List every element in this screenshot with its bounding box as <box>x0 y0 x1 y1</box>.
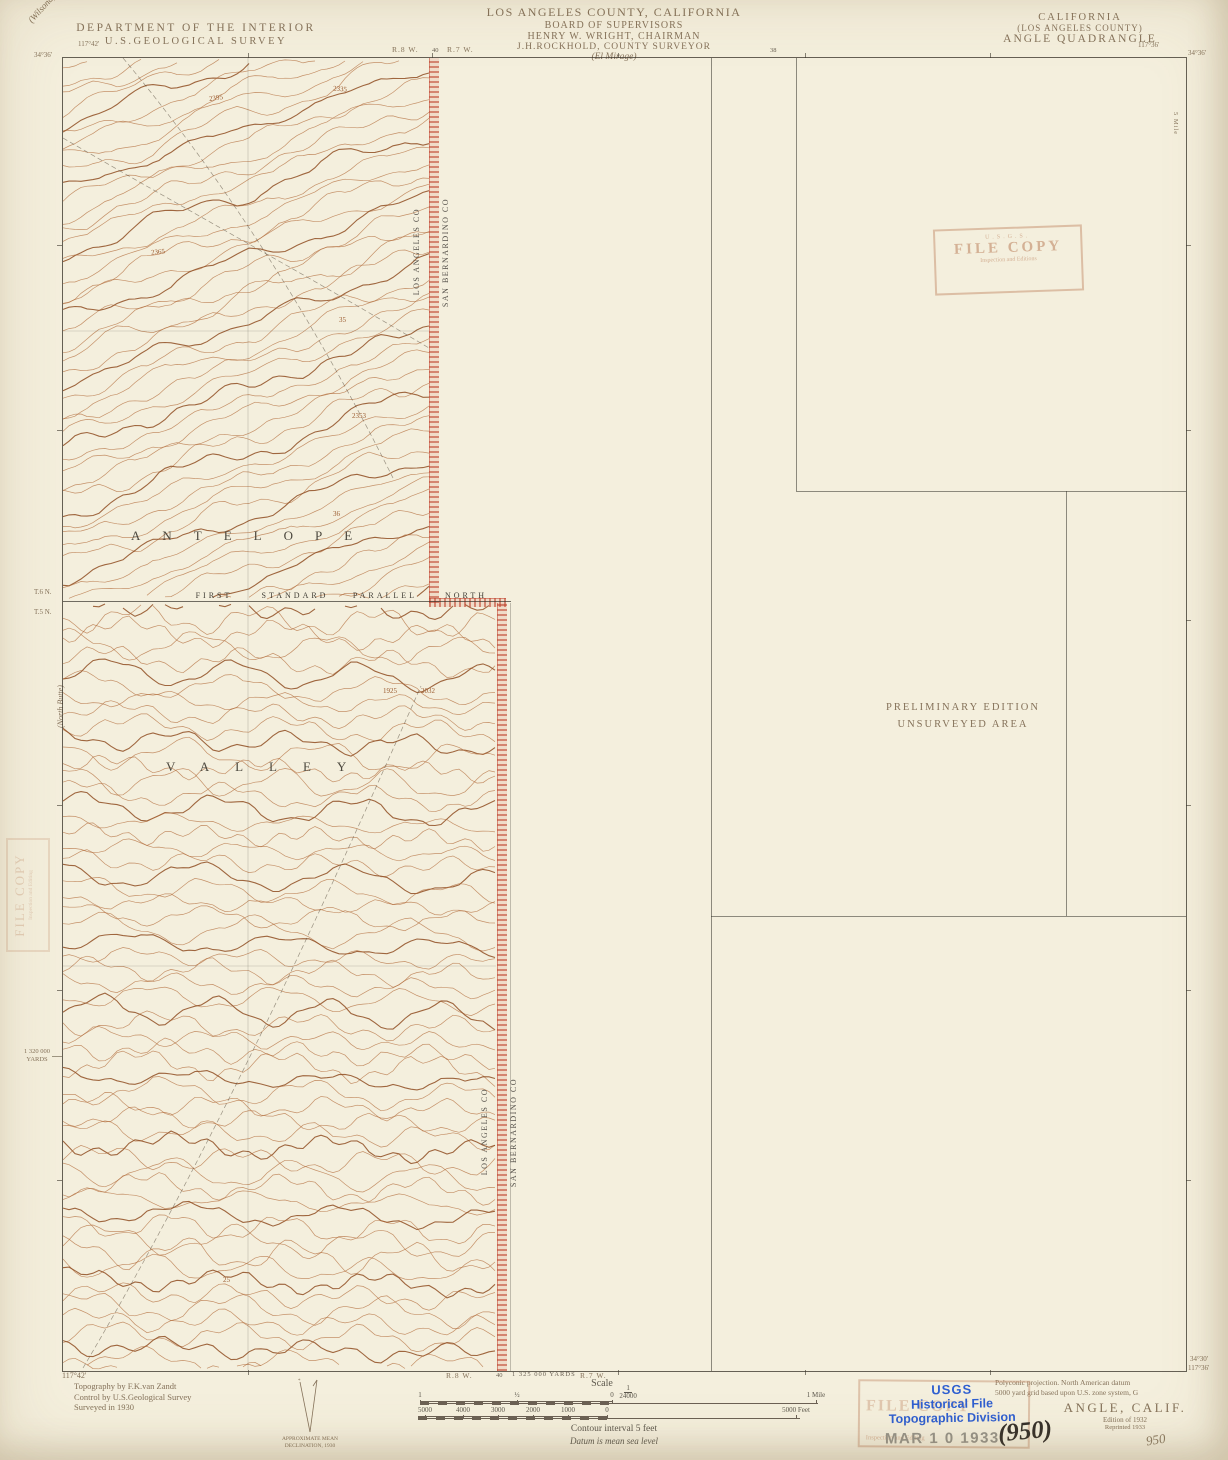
range-bottom-left: R.8 W. <box>446 1371 473 1380</box>
map-label-elev: 2335 <box>333 84 348 93</box>
edge-tick <box>1186 1180 1191 1181</box>
edition-note: Edition of 1932 <box>1040 1416 1210 1424</box>
county-paren: (LOS ANGELES COUNTY) <box>960 23 1200 33</box>
parallel-word: FIRST <box>196 591 233 600</box>
coord-bottom-right-lat: 34°30' <box>1190 1355 1208 1363</box>
parallel-word: STANDARD <box>262 591 329 600</box>
edge-tick <box>57 430 62 431</box>
edge-tick <box>248 53 249 58</box>
scale-tick <box>533 1415 534 1419</box>
scale-tick <box>425 1415 426 1419</box>
parallel-word: PARALLEL <box>353 591 417 600</box>
scale-tick <box>612 1400 613 1404</box>
edge-tick <box>618 1370 619 1375</box>
edge-tick <box>1186 430 1191 431</box>
scale-tick <box>796 1415 797 1419</box>
handwritten-number: (950) <box>997 1416 1053 1449</box>
credit-surveyed: Surveyed in 1930 <box>74 1402 191 1413</box>
department-heading: DEPARTMENT OF THE INTERIOR U.S.GEOLOGICA… <box>66 22 326 47</box>
edge-tick <box>57 245 62 246</box>
edge-tick <box>432 53 433 58</box>
map-label-elev: 2395 <box>209 93 224 103</box>
label-valley: VALLEY <box>166 759 372 775</box>
map-label-elev: 25 <box>223 1276 230 1284</box>
edge-tick <box>57 805 62 806</box>
reprint-note: Reprinted 1933 <box>1040 1424 1210 1431</box>
scale-label: 5000 <box>418 1406 432 1414</box>
scale-tick <box>816 1400 817 1404</box>
edge-tick <box>1186 620 1191 621</box>
contour-interval-note: Contour interval 5 feet <box>484 1424 744 1434</box>
scale-label: 5000 Feet <box>782 1406 810 1414</box>
edge-tick <box>805 1370 806 1375</box>
handwritten-number-corner: 950 <box>1145 1431 1167 1450</box>
county-line-4: J.H.ROCKHOLD, COUNTY SURVEYOR <box>414 42 814 52</box>
edge-tick <box>57 1180 62 1181</box>
credit-topography: Topography by F.K.van Zandt <box>74 1381 191 1392</box>
declination-diagram: * <box>286 1376 334 1436</box>
scale-label: 4000 <box>456 1406 470 1414</box>
map-label-elev: 2032 <box>421 687 435 695</box>
declination-caption-line2: DECLINATION, 1930 <box>258 1443 362 1450</box>
corner-note-wilsona: (Wilsona) <box>26 0 57 25</box>
township-lower: T.5 N. <box>34 608 52 616</box>
scale-tick <box>463 1415 464 1419</box>
file-copy-left-line1: FILE COPY <box>12 840 28 950</box>
coord-top-left-lon: 117°42' <box>78 40 99 48</box>
scale-label: ½ <box>514 1391 519 1399</box>
scale-tick <box>420 1400 421 1404</box>
scale-label: 0 <box>605 1406 609 1414</box>
dept-line-2: U.S.GEOLOGICAL SURVEY <box>66 36 326 47</box>
scale-label: 1000 <box>561 1406 575 1414</box>
scale-label: 1 <box>418 1391 422 1399</box>
coord-top-right-lat: 34°36' <box>1188 49 1206 57</box>
coord-top-left-lat: 34°36' <box>34 51 52 59</box>
credits-block: Topography by F.K.van Zandt Control by U… <box>74 1381 191 1413</box>
coord-bottom-left-lon: 117°42' <box>62 1371 86 1380</box>
county-heading: LOS ANGELES COUNTY, CALIFORNIA BOARD OF … <box>414 5 814 62</box>
scale-bar-feet: 5000400030002000100005000 Feet <box>418 1406 828 1422</box>
range-top-left: R.8 W. <box>392 45 419 54</box>
declination-caption: APPROXIMATE MEAN DECLINATION, 1930 <box>258 1436 362 1449</box>
state-name: CALIFORNIA <box>960 12 1200 23</box>
file-copy-stamp-left: FILE COPY Inspection and Editing <box>6 838 50 952</box>
coord-top-right-lon: 117°36' <box>1138 41 1159 49</box>
county-line-2: BOARD OF SUPERVISORS <box>414 20 814 31</box>
map-neatline-frame: LOS ANGELES CO SAN BERNARDINO CO LOS ANG… <box>62 57 1187 1372</box>
map-sheet: (Wilsona) DEPARTMENT OF THE INTERIOR U.S… <box>0 0 1228 1460</box>
scale-label: 3000 <box>491 1406 505 1414</box>
quad-name: ANGLE QUADRANGLE <box>960 33 1200 45</box>
edge-tick <box>990 53 991 58</box>
scale-label: 0 <box>610 1391 614 1399</box>
coord-bottom-right-lon: 117°36' <box>1188 1364 1209 1372</box>
date-stamp: MAR 1 0 1933 <box>885 1429 1000 1447</box>
edge-tick <box>618 53 619 58</box>
edge-tick <box>990 1370 991 1375</box>
map-label-elev: 1925 <box>383 687 397 695</box>
map-label-elev: 2353 <box>352 412 366 420</box>
dept-line-1: DEPARTMENT OF THE INTERIOR <box>66 22 326 34</box>
sheet-name: ANGLE, CALIF. <box>1040 1400 1210 1416</box>
county-line-3: HENRY W. WRIGHT, CHAIRMAN <box>414 31 814 42</box>
edge-tick <box>248 1370 249 1375</box>
scale-tick <box>498 1415 499 1419</box>
scale-tick <box>607 1415 608 1419</box>
yards-bottom-label: 1 325 000 YARDS <box>512 1371 576 1378</box>
township-upper: T.6 N. <box>34 588 52 596</box>
file-copy-left-line2: Inspection and Editing <box>28 840 34 950</box>
edge-tick <box>1186 990 1191 991</box>
map-label-elev: 36 <box>333 510 340 518</box>
map-label-layer: ANTELOPEVALLEYFIRSTSTANDARDPARALLELNORTH… <box>63 58 1186 1371</box>
grid-number-top-b: 38 <box>770 47 777 54</box>
grid-number-bottom-a: 40 <box>496 1372 503 1379</box>
map-label-elev: 35 <box>339 316 346 324</box>
scale-tick <box>568 1415 569 1419</box>
scale-tick <box>517 1400 518 1404</box>
datum-note: Datum is mean sea level <box>484 1436 744 1446</box>
scale-bar-miles: 1½01 Mile <box>420 1391 830 1407</box>
range-top-right: R.7 W. <box>447 45 474 54</box>
quadrangle-heading: CALIFORNIA (LOS ANGELES COUNTY) ANGLE QU… <box>960 12 1200 45</box>
sheet-name-block: ANGLE, CALIF. Edition of 1932 Reprinted … <box>1040 1400 1210 1431</box>
scale-label: 1 Mile <box>807 1391 825 1399</box>
yards-left-line2: YARDS <box>14 1056 60 1064</box>
edge-tick <box>1186 805 1191 806</box>
credit-control: Control by U.S.Geological Survey <box>74 1392 191 1403</box>
edge-tick <box>1186 245 1191 246</box>
scale-word: Scale <box>591 1378 613 1389</box>
scale-label: 2000 <box>526 1406 540 1414</box>
yards-left-line1: 1 320 000 <box>14 1048 60 1056</box>
map-label-elev: 2365 <box>151 247 166 256</box>
edge-tick <box>57 990 62 991</box>
edge-tick <box>805 53 806 58</box>
county-line-1: LOS ANGELES COUNTY, CALIFORNIA <box>414 5 814 20</box>
parallel-word: NORTH <box>445 591 487 600</box>
yards-left-tick <box>52 1056 62 1057</box>
label-antelope: ANTELOPE <box>131 528 374 544</box>
